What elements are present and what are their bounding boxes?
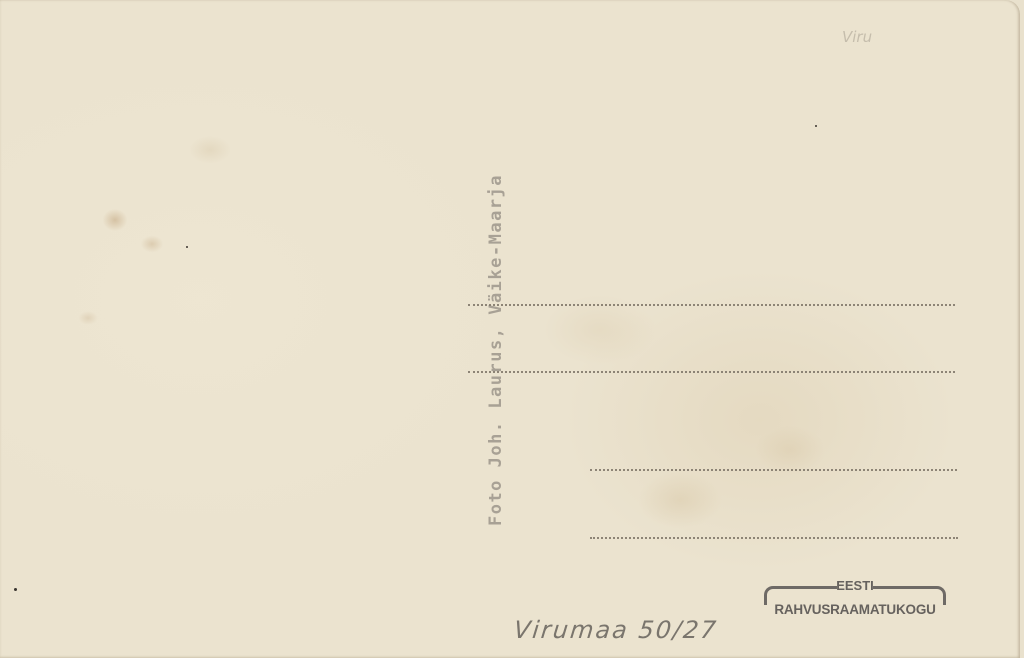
handwritten-catalog-note: Virumaa 50/27 [513, 616, 720, 644]
stamp-line-2: RAHVUSRAAMATUKOGU [762, 602, 948, 617]
address-line-4 [590, 537, 958, 539]
postcard-back: Viru Foto Joh. Laurus, Väike-Maarja EEST… [0, 0, 1020, 658]
paper-speck [14, 588, 17, 591]
paper-speck [815, 125, 817, 127]
address-line-2 [468, 371, 955, 373]
paper-speck [186, 246, 188, 248]
address-line-1 [468, 304, 955, 306]
address-line-3 [590, 469, 957, 471]
library-stamp: EESTI RAHVUSRAAMATUKOGU [762, 578, 948, 622]
photographer-imprint: Foto Joh. Laurus, Väike-Maarja [486, 174, 506, 526]
pencil-annotation: Viru [842, 28, 872, 46]
stamp-line-1: EESTI [762, 578, 948, 593]
